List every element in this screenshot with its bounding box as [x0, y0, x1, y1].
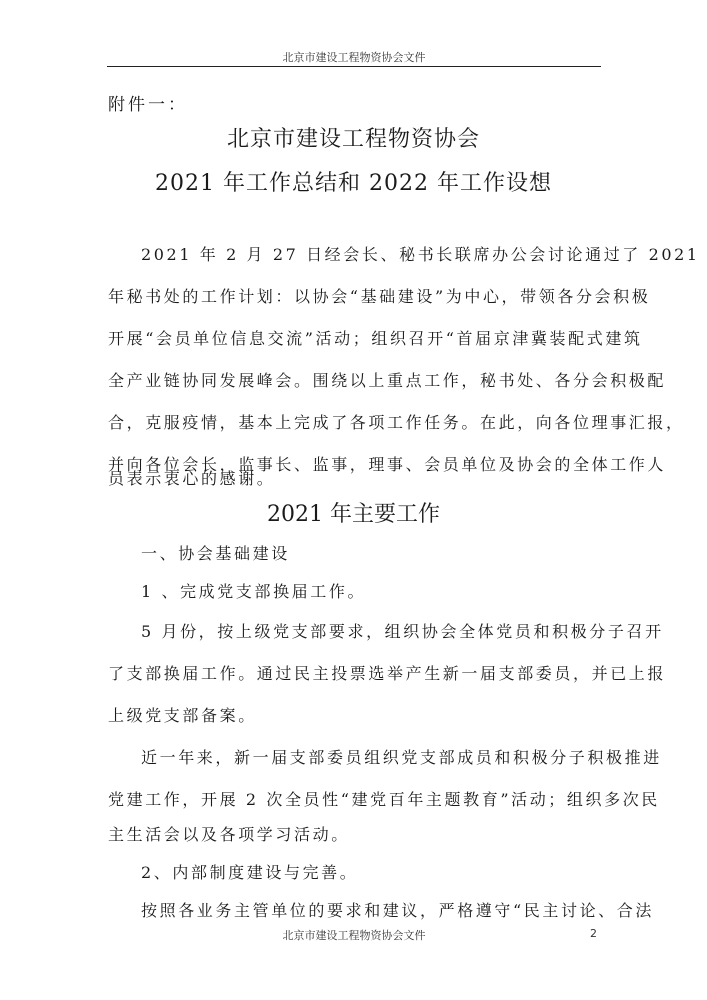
- header-divider: [107, 66, 601, 67]
- intro-line: 员表示衷心的感谢。: [108, 466, 600, 489]
- intro-line: 合，克服疫情，基本上完成了各项工作任务。在此，向各位理事汇报，: [108, 410, 600, 433]
- section-heading: 一、协会基础建设: [141, 541, 600, 564]
- intro-line: 开展“会员单位信息交流”活动；组织召开“首届京津冀装配式建筑: [108, 326, 600, 349]
- item-heading: 2、内部制度建设与完善。: [141, 860, 600, 883]
- item1-line: 主生活会以及各项学习活动。: [108, 822, 600, 845]
- item2-line: 按照各业务主管单位的要求和建议，严格遵守“民主讨论、合法: [141, 898, 600, 921]
- page-header: 北京市建设工程物资协会文件: [107, 49, 601, 65]
- document-title-line1: 北京市建设工程物资协会: [0, 122, 707, 153]
- page-number: 2: [590, 927, 597, 940]
- item1-line: 上级党支部备案。: [108, 703, 600, 726]
- item-heading: 1 、完成党支部换届工作。: [141, 579, 600, 602]
- intro-line: 全产业链协同发展峰会。围绕以上重点工作，秘书处、各分会积极配: [108, 368, 600, 391]
- page-footer: 北京市建设工程物资协会文件: [107, 927, 601, 943]
- item1-line: 党建工作，开展 2 次全员性“建党百年主题教育”活动；组织多次民: [108, 787, 600, 810]
- intro-line: 年秘书处的工作计划：以协会“基础建设”为中心，带领各分会积极: [108, 284, 600, 307]
- item1-line: 了支部换届工作。通过民主投票选举产生新一届支部委员，并已上报: [108, 661, 600, 684]
- item1-line: 5 月份，按上级党支部要求，组织协会全体党员和积极分子召开: [141, 619, 600, 642]
- section-title: 2021 年主要工作: [0, 497, 707, 528]
- attachment-label: 附件一：: [108, 90, 188, 115]
- item1-line: 近一年来，新一届支部委员组织党支部成员和积极分子积极推进: [141, 745, 600, 768]
- document-title-line2: 2021 年工作总结和 2022 年工作设想: [0, 166, 707, 197]
- intro-line: 2021 年 2 月 27 日经会长、秘书长联席办公会讨论通过了 2021: [141, 242, 600, 265]
